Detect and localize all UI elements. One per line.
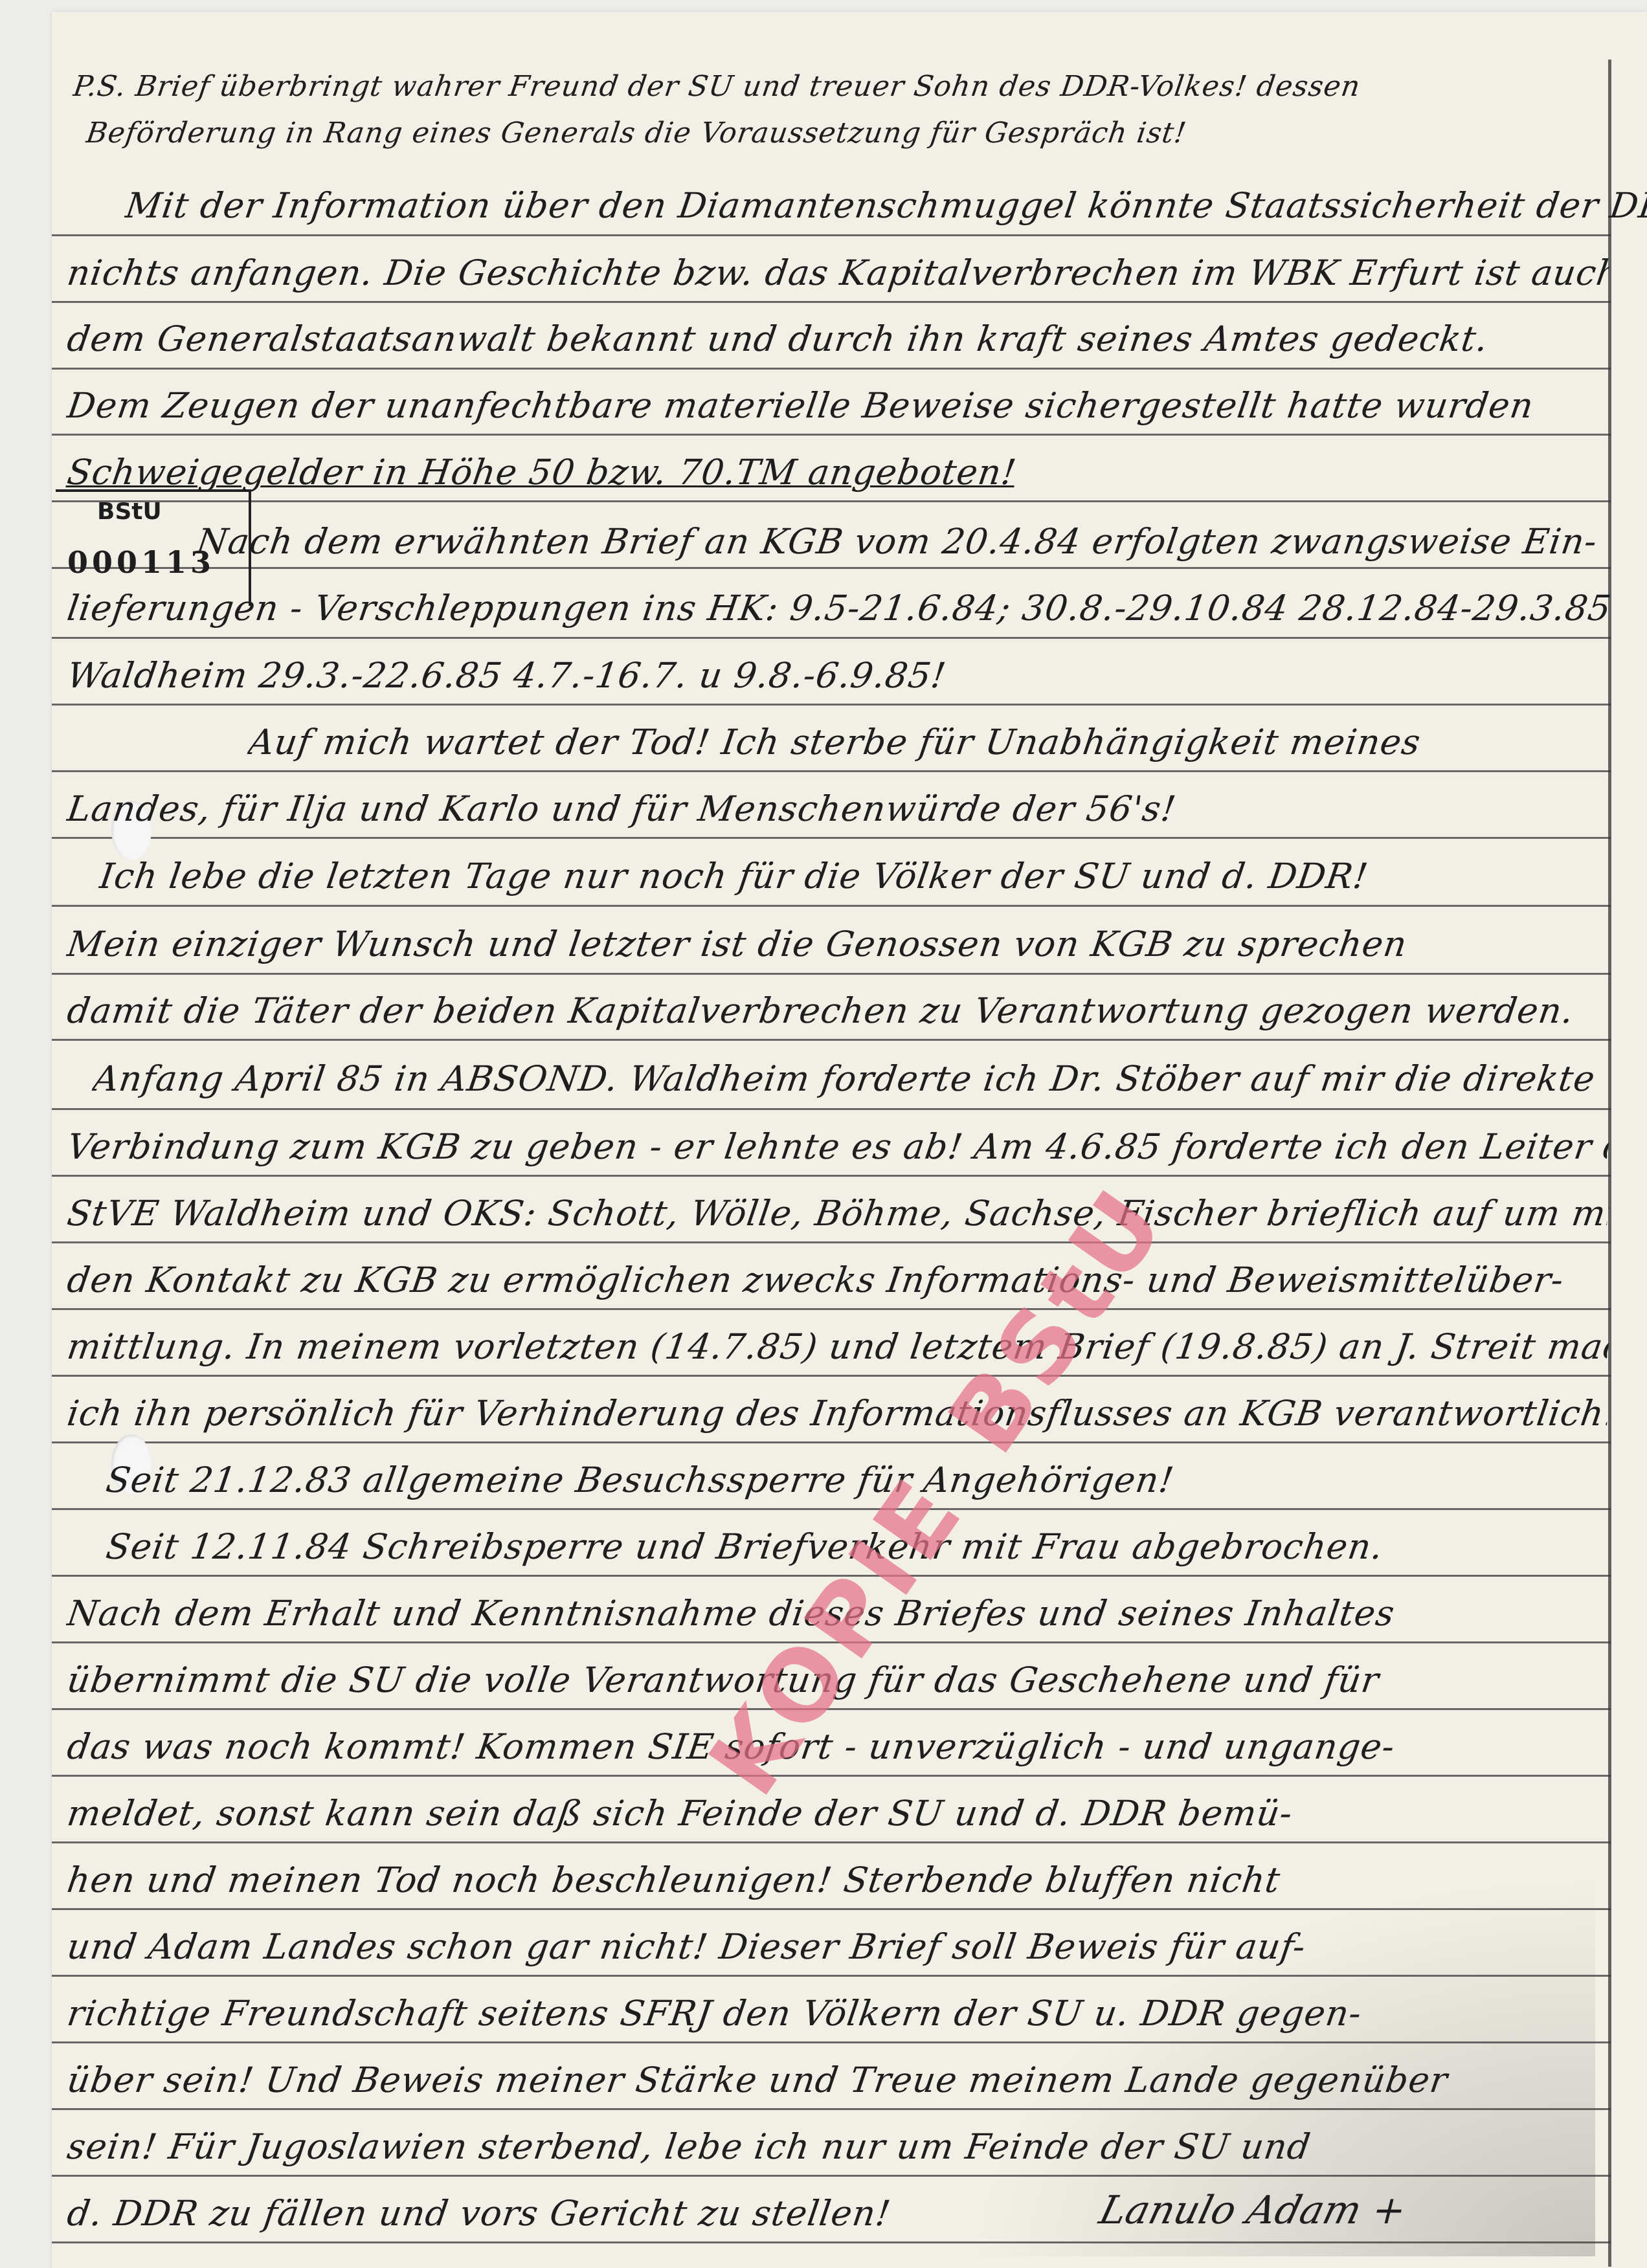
letter-line: lieferungen - Verschleppungen ins HK: 9.… bbox=[65, 588, 1611, 628]
letter-line: P.S. Brief überbringt wahrer Freund der … bbox=[71, 70, 1617, 103]
ruled-line bbox=[52, 770, 1611, 772]
letter-line: Waldheim 29.3.-22.6.85 4.7.-16.7. u 9.8.… bbox=[65, 655, 1611, 696]
letter-line: richtige Freundschaft seitens SFRJ den V… bbox=[65, 1993, 1611, 2034]
ruled-line bbox=[52, 973, 1611, 975]
ruled-line bbox=[52, 1039, 1611, 1041]
letter-line: Schweigegelder in Höhe 50 bzw. 70.TM ang… bbox=[65, 452, 1611, 493]
ruled-line bbox=[52, 301, 1611, 303]
letter-line: StVE Waldheim und OKS: Schott, Wölle, Bö… bbox=[65, 1193, 1611, 1234]
letter-line: und Adam Landes schon gar nicht! Dieser … bbox=[65, 1926, 1611, 1967]
ruled-line bbox=[52, 1375, 1611, 1377]
ruled-line bbox=[52, 2041, 1611, 2043]
ruled-line bbox=[52, 1175, 1611, 1177]
ruled-line bbox=[52, 234, 1611, 236]
letter-line: Anfang April 85 in ABSOND. Waldheim ford… bbox=[91, 1058, 1637, 1099]
letter-line: mittlung. In meinem vorletzten (14.7.85)… bbox=[65, 1326, 1611, 1367]
ruled-line bbox=[52, 905, 1611, 907]
ruled-line bbox=[52, 2108, 1611, 2110]
letter-line: Mit der Information über den Diamantensc… bbox=[123, 185, 1647, 226]
letter-line: sein! Für Jugoslawien sterbend, lebe ich… bbox=[65, 2126, 1611, 2167]
ruled-line bbox=[52, 704, 1611, 706]
archive-label: BStU bbox=[97, 498, 162, 525]
letter-line: Verbindung zum KGB zu geben - er lehnte … bbox=[65, 1126, 1611, 1167]
ruled-line bbox=[52, 1108, 1611, 1110]
ruled-line bbox=[52, 500, 1611, 502]
ruled-line bbox=[52, 637, 1611, 639]
letter-line: Beförderung in Rang eines Generals die V… bbox=[84, 117, 1630, 150]
letter-line: nichts anfangen. Die Geschichte bzw. das… bbox=[65, 252, 1611, 293]
letter-line: den Kontakt zu KGB zu ermöglichen zwecks… bbox=[65, 1260, 1611, 1300]
letter-line: Nach dem erwähnten Brief an KGB vom 20.4… bbox=[194, 521, 1647, 562]
ruled-line bbox=[52, 1308, 1611, 1310]
ruled-line bbox=[52, 1841, 1611, 1843]
letter-line: ich ihn persönlich für Verhinderung des … bbox=[65, 1393, 1611, 1434]
ruled-line bbox=[52, 1908, 1611, 1910]
letter-line: dem Generalstaatsanwalt bekannt und durc… bbox=[65, 318, 1611, 359]
ruled-line bbox=[52, 1508, 1611, 1510]
letter-line: damit die Täter der beiden Kapitalverbre… bbox=[65, 990, 1611, 1031]
ruled-line bbox=[52, 2175, 1611, 2177]
letter-line: Mein einziger Wunsch und letzter ist die… bbox=[65, 924, 1611, 964]
letter-line: Dem Zeugen der unanfechtbare materielle … bbox=[65, 385, 1611, 426]
signature: Lanulo Adam + bbox=[1095, 2188, 1411, 2233]
letter-line: Auf mich wartet der Tod! Ich sterbe für … bbox=[246, 722, 1647, 762]
ruled-line bbox=[52, 1775, 1611, 1777]
ruled-line bbox=[52, 2241, 1611, 2243]
ruled-line bbox=[52, 368, 1611, 370]
ruled-line bbox=[52, 1975, 1611, 1977]
ruled-line bbox=[52, 434, 1611, 436]
ruled-line bbox=[52, 837, 1611, 839]
ruled-line bbox=[52, 1241, 1611, 1243]
letter-line: Landes, für Ilja und Karlo und für Mensc… bbox=[65, 788, 1611, 829]
letter-line: meldet, sonst kann sein daß sich Feinde … bbox=[65, 1793, 1611, 1834]
letter-line: über sein! Und Beweis meiner Stärke und … bbox=[65, 2060, 1611, 2100]
ruled-line bbox=[52, 567, 1611, 569]
ruled-line bbox=[52, 1441, 1611, 1443]
letter-line: hen und meinen Tod noch beschleunigen! S… bbox=[65, 1860, 1611, 1900]
archive-number: 000113 bbox=[67, 545, 215, 580]
letter-line: d. DDR zu fällen und vors Gericht zu ste… bbox=[65, 2193, 1093, 2234]
letter-line: Ich lebe die letzten Tage nur noch für d… bbox=[97, 856, 1644, 896]
